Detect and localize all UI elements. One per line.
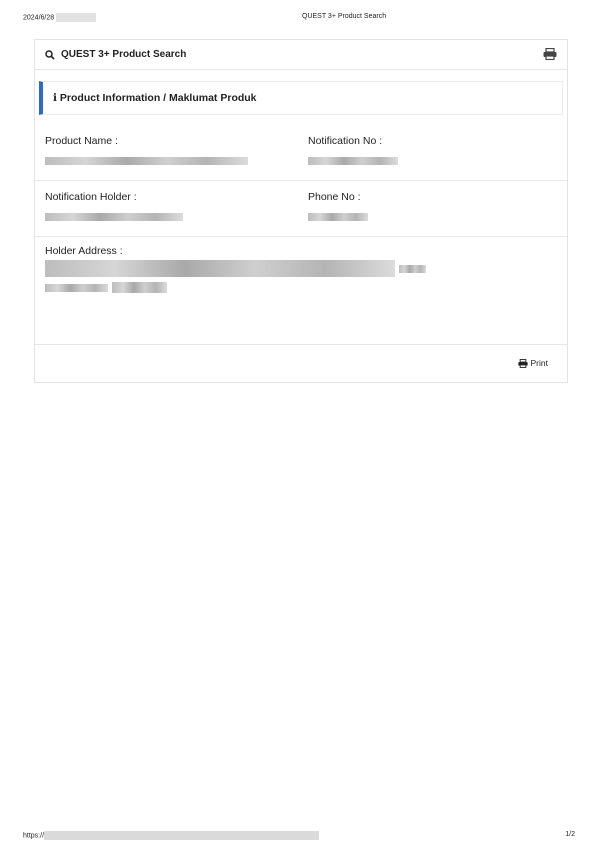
panel-header: QUEST 3+ Product Search	[35, 40, 567, 70]
product-row: Product Name : Notification No :	[35, 125, 567, 181]
holder-row: Notification Holder : Phone No :	[35, 181, 567, 237]
print-button-label: Print	[531, 358, 548, 368]
product-search-panel: QUEST 3+ Product Search i Product Inform…	[34, 39, 568, 383]
holder-address-label: Holder Address :	[45, 245, 445, 257]
product-information-section-header: i Product Information / Maklumat Produk	[39, 81, 563, 115]
address-row: Holder Address :	[35, 237, 567, 309]
product-name-field: Product Name :	[45, 135, 308, 170]
print-date-text: 2024/6/28	[23, 14, 54, 21]
holder-address-line-redacted	[399, 265, 426, 273]
notification-holder-label: Notification Holder :	[45, 191, 308, 203]
notification-holder-value-redacted	[45, 213, 183, 221]
phone-no-value-redacted	[308, 213, 368, 221]
info-icon: i	[53, 92, 57, 104]
holder-address-line-redacted	[112, 282, 167, 293]
notification-no-field: Notification No :	[308, 135, 548, 170]
product-name-label: Product Name :	[45, 135, 308, 147]
notification-no-label: Notification No :	[308, 135, 548, 147]
url-prefix: https://	[23, 832, 44, 839]
redacted-time	[56, 13, 96, 22]
section-title: i Product Information / Maklumat Produk	[53, 92, 257, 104]
phone-no-label: Phone No :	[308, 191, 548, 203]
page-url: https://	[23, 831, 319, 840]
print-button[interactable]: Print	[518, 358, 548, 368]
page-number: 1/2	[565, 831, 575, 838]
notification-no-value-redacted	[308, 157, 398, 165]
notification-holder-field: Notification Holder :	[45, 191, 308, 226]
holder-address-field: Holder Address :	[45, 245, 445, 299]
product-name-value-redacted	[45, 157, 248, 165]
holder-address-line-redacted	[45, 284, 108, 292]
panel-footer: Print	[35, 344, 567, 382]
print-icon[interactable]	[543, 48, 557, 60]
print-page-title: QUEST 3+ Product Search	[302, 13, 386, 20]
print-date: 2024/6/28	[23, 13, 96, 22]
panel-title: QUEST 3+ Product Search	[61, 49, 186, 60]
redacted-url	[44, 831, 319, 840]
search-icon	[45, 50, 55, 60]
phone-no-field: Phone No :	[308, 191, 548, 226]
print-icon	[518, 359, 528, 368]
holder-address-line-redacted	[45, 260, 395, 277]
